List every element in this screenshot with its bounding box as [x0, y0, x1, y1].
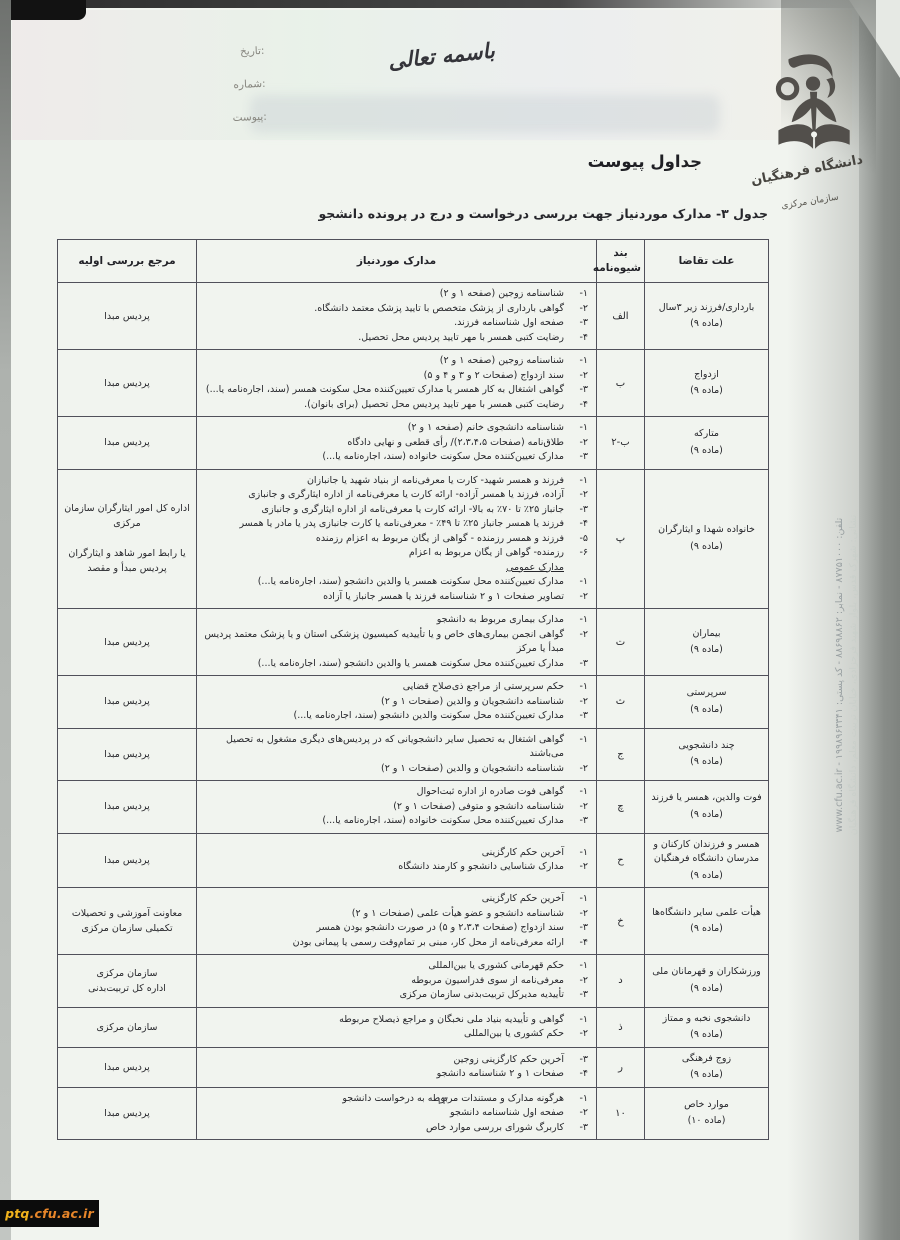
doc-item-number: ۴- [564, 936, 588, 951]
doc-item: ۲-گواهی انجمن بیماری‌های خاص و یا تأییدی… [201, 628, 588, 657]
doc-item-text: مدارک تعیین‌کننده محل سکونت همسر یا والد… [258, 658, 564, 669]
doc-item: ۲-شناسنامه دانشجویان و والدین (صفحات ۱ و… [201, 695, 588, 710]
doc-item-number: ۳- [564, 1053, 588, 1068]
doc-item-text: سند ازدواج (صفحات ۲ و ۳ و ۴ و ۵) [424, 370, 564, 381]
authority-cell: پردیس مبدا [58, 676, 197, 729]
clause-cell: ح [597, 833, 645, 888]
doc-item: ۳-سند ازدواج (صفحات ۲،۳،۴ و ۵) در صورت د… [201, 921, 588, 936]
reason-cell: سرپرستی(ماده ۹) [645, 676, 769, 729]
reason-article: (ماده ۹) [648, 755, 765, 770]
reason-text: متارکه [648, 427, 765, 442]
header-reason: علت تقاضا [645, 240, 769, 283]
reason-article: (ماده ۹) [648, 1028, 765, 1043]
doc-item-number: ۱- [564, 575, 588, 590]
reason-article: (ماده ۹) [648, 703, 765, 718]
doc-item: ۲-مدارک شناسایی دانشجو و کارمند دانشگاه [201, 860, 588, 875]
doc-item: ۲-معرفی‌نامه از سوی فدراسیون مربوطه [201, 974, 588, 989]
doc-item-number: ۱- [564, 785, 588, 800]
doc-item-text: شناسنامه دانشجویان و والدین (صفحات ۱ و ۲… [381, 696, 564, 707]
doc-item: ۲-شناسنامه دانشجو و متوفی (صفحات ۱ و ۲) [201, 800, 588, 815]
doc-item: ۱-گواهی و تأییدیه بنیاد ملی نخبگان و مرا… [201, 1013, 588, 1028]
clause-cell: ب-۲ [597, 417, 645, 470]
doc-item: ۲-حکم کشوری یا بین‌المللی [201, 1027, 588, 1042]
documents-cell: ۱-شناسنامه دانشجوی خانم (صفحه ۱ و ۲)۲-طل… [197, 417, 597, 470]
doc-item-number: ۲- [564, 695, 588, 710]
documents-cell: ۱-آخرین حکم کارگزینی۲-مدارک شناسایی دانش… [197, 833, 597, 888]
header-authority: مرجع بررسی اولیه [58, 240, 197, 283]
page-title: جداول پیوست [588, 152, 702, 171]
table-row: متارکه(ماده ۹)ب-۲۱-شناسنامه دانشجوی خانم… [58, 417, 769, 470]
doc-item-text: تأییدیه مدیرکل تربیت‌بدنی سازمان مرکزی [400, 989, 564, 1000]
table-row: موارد خاص(ماده ۱۰)۱۰۱-هرگونه مدارک و مست… [58, 1087, 769, 1140]
doc-item-number: ۳- [564, 921, 588, 936]
doc-item-text: مدارک شناسایی دانشجو و کارمند دانشگاه [398, 861, 564, 872]
reason-text: خانواده شهدا و ایثارگران [648, 523, 765, 538]
reason-article: (ماده ۹) [648, 317, 765, 332]
number-label: شماره: [199, 78, 266, 113]
doc-item-text: تصاویر صفحات ۱ و ۲ شناسنامه فرزند یا همس… [323, 591, 564, 602]
table-row: سرپرستی(ماده ۹)ث۱-حکم سرپرستی از مراجع ذ… [58, 676, 769, 729]
doc-item-text: گواهی بارداری از پزشک متخصص با تایید پزش… [314, 303, 564, 314]
doc-item-text: گواهی اشتغال به کار همسر یا مدارک تعیین‌… [206, 384, 564, 395]
table-row: خانواده شهدا و ایثارگران(ماده ۹)پ۱-فرزند… [58, 469, 769, 609]
doc-item-text: گواهی انجمن بیماری‌های خاص و یا تأییدیه … [204, 629, 564, 655]
doc-item-text: شناسنامه زوجین (صفحه ۱ و ۲) [440, 288, 564, 299]
doc-item-text: مدارک تعیین‌کننده محل سکونت خانواده (سند… [322, 451, 564, 462]
authority-cell: پردیس مبدا [58, 417, 197, 470]
authority-cell: اداره کل امور ایثارگران سازمان مرکزی یا … [58, 469, 197, 609]
authority-cell: پردیس مبدا [58, 781, 197, 834]
table-row: ازدواج(ماده ۹)ب۱-شناسنامه زوجین (صفحه ۱ … [58, 350, 769, 417]
doc-item-number: ۳- [564, 316, 588, 331]
doc-item-text: سند ازدواج (صفحات ۲،۳،۴ و ۵) در صورت دان… [316, 922, 564, 933]
doc-item: ۳-مدارک تعیین‌کننده محل سکونت همسر یا وا… [201, 657, 588, 672]
reason-text: بارداری/فرزند زیر ۳سال [648, 301, 765, 316]
reason-cell: متارکه(ماده ۹) [645, 417, 769, 470]
clause-cell: ب [597, 350, 645, 417]
doc-item-number: ۴- [564, 517, 588, 532]
doc-item-text: رضایت کتبی همسر با مهر تایید پردیس محل ت… [304, 399, 564, 410]
doc-item-text: آخرین حکم کارگزینی زوجین [454, 1054, 564, 1065]
scan-edge-top [0, 0, 862, 8]
reason-cell: چند دانشجویی(ماده ۹) [645, 728, 769, 781]
documents-cell: ۱-حکم سرپرستی از مراجع ذی‌صلاح قضایی۲-شن… [197, 676, 597, 729]
doc-item: ۱-آخرین حکم کارگزینی [201, 846, 588, 861]
table-row: بارداری/فرزند زیر ۳سال(ماده ۹)الف۱-شناسن… [58, 283, 769, 350]
doc-item: ۲-شناسنامه دانشجو و عضو هیأت علمی (صفحات… [201, 907, 588, 922]
table-row: بیماران(ماده ۹)ت۱-مدارک بیماری مربوط به … [58, 609, 769, 676]
clause-cell: ث [597, 676, 645, 729]
doc-item-number: ۲- [564, 590, 588, 605]
documents-cell: ۱-گواهی اشتغال به تحصیل سایر دانشجویانی … [197, 728, 597, 781]
doc-item-text: فرزند یا همسر جانباز ۲۵٪ تا ۴۹٪ - معرفی‌… [239, 518, 564, 529]
doc-item-number: ۳- [564, 657, 588, 672]
doc-item-text: هرگونه مدارک و مستندات مربوطه به درخواست… [342, 1093, 564, 1104]
reason-cell: زوج فرهنگی(ماده ۹) [645, 1047, 769, 1087]
clause-cell: چ [597, 781, 645, 834]
reason-article: (ماده ۹) [648, 922, 765, 937]
doc-item-number: ۶- [564, 546, 588, 561]
reason-article: (ماده ۹) [648, 444, 765, 459]
clause-cell: ۱۰ [597, 1087, 645, 1140]
reason-text: موارد خاص [648, 1098, 765, 1113]
doc-item: ۳-جانباز ۲۵٪ تا ۷۰٪ به بالا- ارائه کارت … [201, 503, 588, 518]
watermark-prefix: ptq [5, 1206, 29, 1221]
reason-cell: همسر و فرزندان کارکنان و مدرسان دانشگاه … [645, 833, 769, 888]
documents-cell: ۱-مدارک بیماری مربوط به دانشجو۲-گواهی ان… [197, 609, 597, 676]
documents-table: علت تقاضا بند شیوه‌نامه مدارک موردنیاز م… [57, 239, 769, 1140]
doc-item-number: ۳- [564, 503, 588, 518]
doc-item-text: حکم کشوری یا بین‌المللی [464, 1028, 564, 1039]
table-row: همسر و فرزندان کارکنان و مدرسان دانشگاه … [58, 833, 769, 888]
doc-item-number: ۱- [564, 892, 588, 907]
doc-item: ۱-گواهی اشتغال به تحصیل سایر دانشجویانی … [201, 733, 588, 762]
doc-item-number: ۱- [564, 354, 588, 369]
doc-item: ۱-شناسنامه زوجین (صفحه ۱ و ۲) [201, 354, 588, 369]
doc-item-text: صفحه اول شناسنامه فرزند. [454, 317, 564, 328]
reason-cell: دانشجوی نخبه و ممتاز(ماده ۹) [645, 1007, 769, 1047]
documents-cell: ۳-آخرین حکم کارگزینی زوجین۴-صفحات ۱ و ۲ … [197, 1047, 597, 1087]
table-header-row: علت تقاضا بند شیوه‌نامه مدارک موردنیاز م… [58, 240, 769, 283]
doc-item-text: گواهی اشتغال به تحصیل سایر دانشجویانی که… [226, 734, 564, 760]
doc-item: ۲-طلاق‌نامه (صفحات ۲،۳،۴،۵)/ رأی قطعی و … [201, 436, 588, 451]
doc-item-number: ۵- [564, 532, 588, 547]
authority-cell: سازمان مرکزی [58, 1007, 197, 1047]
authority-cell: پردیس مبدا [58, 1047, 197, 1087]
watermark: ptq.cfu.ac.ir [0, 1200, 99, 1227]
doc-item-number: ۲- [564, 369, 588, 384]
table-row: هیأت علمی سایر دانشگاه‌ها(ماده ۹)خ۱-آخری… [58, 888, 769, 955]
doc-item-text: رضایت کتبی همسر با مهر تایید پردیس محل ت… [358, 332, 564, 343]
clause-cell: ت [597, 609, 645, 676]
reason-article: (ماده ۹) [648, 643, 765, 658]
clause-cell: خ [597, 888, 645, 955]
doc-item: ۳-مدارک تعیین‌کننده محل سکونت خانواده (س… [201, 814, 588, 829]
reason-cell: هیأت علمی سایر دانشگاه‌ها(ماده ۹) [645, 888, 769, 955]
doc-item: ۳-آخرین حکم کارگزینی زوجین [201, 1053, 588, 1068]
authority-cell: معاونت آموزشی و تحصیلات تکمیلی سازمان مر… [58, 888, 197, 955]
doc-item: ۱-فرزند و همسر شهید- کارت یا معرفی‌نامه … [201, 474, 588, 489]
reason-article: (ماده ۹) [648, 982, 765, 997]
doc-item: ۱-مدارک بیماری مربوط به دانشجو [201, 613, 588, 628]
reason-cell: بارداری/فرزند زیر ۳سال(ماده ۹) [645, 283, 769, 350]
reason-text: همسر و فرزندان کارکنان و مدرسان دانشگاه … [648, 838, 765, 867]
doc-item-text: آخرین حکم کارگزینی [482, 893, 564, 904]
reason-cell: موارد خاص(ماده ۱۰) [645, 1087, 769, 1140]
doc-item-text: مدارک تعیین‌کننده محل سکونت خانواده (سند… [322, 815, 564, 826]
doc-item-number: ۲- [564, 302, 588, 317]
doc-item: ۲-صفحه اول شناسنامه دانشجو [201, 1106, 588, 1121]
doc-item-number: ۱- [564, 846, 588, 861]
doc-item-number: ۱- [564, 474, 588, 489]
doc-item: ۴-رضایت کتبی همسر با مهر تایید پردیس محل… [201, 398, 588, 413]
page-number: ۱۳ [436, 1094, 448, 1107]
clause-cell: د [597, 955, 645, 1008]
reason-text: زوج فرهنگی [648, 1052, 765, 1067]
doc-item: ۲-آزاده، فرزند یا همسر آزاده- ارائه کارت… [201, 488, 588, 503]
doc-item-text: شناسنامه زوجین (صفحه ۱ و ۲) [440, 355, 564, 366]
doc-item-text: گواهی و تأییدیه بنیاد ملی نخبگان و مراجع… [339, 1014, 564, 1025]
authority-cell: پردیس مبدا [58, 283, 197, 350]
university-logo-icon [770, 50, 852, 166]
doc-item-number: ۱- [564, 680, 588, 695]
doc-item-text: فرزند و همسر شهید- کارت یا معرفی‌نامه از… [307, 475, 564, 486]
documents-cell: ۱-شناسنامه زوجین (صفحه ۱ و ۲)۲-سند ازدوا… [197, 350, 597, 417]
doc-item-text: رزمنده- گواهی از یگان مربوط به اعزام [409, 547, 564, 558]
header-documents: مدارک موردنیاز [197, 240, 597, 283]
doc-item: ۳-صفحه اول شناسنامه فرزند. [201, 316, 588, 331]
reason-cell: خانواده شهدا و ایثارگران(ماده ۹) [645, 469, 769, 609]
doc-item-number: ۱- [564, 421, 588, 436]
doc-item-number: ۲- [564, 488, 588, 503]
doc-item-number: ۲- [564, 907, 588, 922]
doc-subheader: مدارک عمومی [201, 561, 588, 576]
doc-item: ۳-گواهی اشتغال به کار همسر یا مدارک تعیی… [201, 383, 588, 398]
watermark-suffix: .cfu.ac.ir [30, 1206, 94, 1221]
doc-item-number: ۲- [564, 628, 588, 643]
doc-item: ۲-سند ازدواج (صفحات ۲ و ۳ و ۴ و ۵) [201, 369, 588, 384]
reason-text: هیأت علمی سایر دانشگاه‌ها [648, 906, 765, 921]
doc-item: ۱-شناسنامه دانشجوی خانم (صفحه ۱ و ۲) [201, 421, 588, 436]
doc-item: ۴-ارائه معرفی‌نامه از محل کار، مبنی بر ت… [201, 936, 588, 951]
doc-item: ۵-فرزند و همسر رزمنده - گواهی از یگان مر… [201, 532, 588, 547]
doc-item-number: ۲- [564, 800, 588, 815]
authority-cell: پردیس مبدا [58, 1087, 197, 1140]
doc-item: ۱-شناسنامه زوجین (صفحه ۱ و ۲) [201, 287, 588, 302]
reason-article: (ماده ۹) [648, 1068, 765, 1083]
clause-cell: ذ [597, 1007, 645, 1047]
doc-item-text: گواهی فوت صادره از اداره ثبت‌احوال [417, 786, 564, 797]
doc-item-text: فرزند و همسر رزمنده - گواهی از یگان مربو… [316, 533, 564, 544]
authority-cell: پردیس مبدا [58, 350, 197, 417]
reason-text: ازدواج [648, 368, 765, 383]
documents-cell: ۱-هرگونه مدارک و مستندات مربوطه به درخوا… [197, 1087, 597, 1140]
doc-item: ۲-شناسنامه دانشجویان و والدین (صفحات ۱ و… [201, 762, 588, 777]
doc-item: ۱-حکم سرپرستی از مراجع ذی‌صلاح قضایی [201, 680, 588, 695]
doc-item: ۱-گواهی فوت صادره از اداره ثبت‌احوال [201, 785, 588, 800]
doc-item-text: آخرین حکم کارگزینی [482, 847, 564, 858]
documents-cell: ۱-شناسنامه زوجین (صفحه ۱ و ۲)۲-گواهی بار… [197, 283, 597, 350]
scan-edge-corner [0, 0, 86, 20]
doc-item-number: ۳- [564, 383, 588, 398]
doc-item-number: ۲- [564, 436, 588, 451]
doc-item-text: شناسنامه دانشجو و متوفی (صفحات ۱ و ۲) [393, 801, 564, 812]
reason-article: (ماده ۹) [648, 384, 765, 399]
doc-item-number: ۱- [564, 287, 588, 302]
authority-cell: سازمان مرکزی اداره کل تربیت‌بدنی [58, 955, 197, 1008]
reason-text: ورزشکاران و قهرمانان ملی [648, 965, 765, 980]
doc-item-number: ۱- [564, 959, 588, 974]
table-row: دانشجوی نخبه و ممتاز(ماده ۹)ذ۱-گواهی و ت… [58, 1007, 769, 1047]
reason-article: (ماده ۹) [648, 869, 765, 884]
doc-item: ۳-تأییدیه مدیرکل تربیت‌بدنی سازمان مرکزی [201, 988, 588, 1003]
table-row: زوج فرهنگی(ماده ۹)ر۳-آخرین حکم کارگزینی … [58, 1047, 769, 1087]
doc-item-number: ۱- [564, 1092, 588, 1107]
doc-item: ۴-صفحات ۱ و ۲ شناسنامه دانشجو [201, 1067, 588, 1082]
authority-cell: پردیس مبدا [58, 609, 197, 676]
reason-text: سرپرستی [648, 686, 765, 701]
doc-item-text: حکم قهرمانی کشوری یا بین‌المللی [428, 960, 564, 971]
attachment-label: پیوست: [201, 111, 268, 146]
reason-cell: بیماران(ماده ۹) [645, 609, 769, 676]
reason-cell: ازدواج(ماده ۹) [645, 350, 769, 417]
documents-cell: ۱-فرزند و همسر شهید- کارت یا معرفی‌نامه … [197, 469, 597, 609]
doc-item-number: ۴- [564, 331, 588, 346]
documents-cell: ۱-حکم قهرمانی کشوری یا بین‌المللی۲-معرفی… [197, 955, 597, 1008]
doc-item-number: ۴- [564, 1067, 588, 1082]
table-row: ورزشکاران و قهرمانان ملی(ماده ۹)د۱-حکم ق… [58, 955, 769, 1008]
documents-cell: ۱-گواهی فوت صادره از اداره ثبت‌احوال۲-شن… [197, 781, 597, 834]
doc-item-text: مدارک تعیین‌کننده محل سکونت والدین دانشج… [294, 710, 564, 721]
doc-item: ۱-حکم قهرمانی کشوری یا بین‌المللی [201, 959, 588, 974]
scanned-page: تاریخ: شماره: پیوست: باسمه تعالی دانشگاه… [0, 0, 900, 1240]
doc-item: ۱-آخرین حکم کارگزینی [201, 892, 588, 907]
reason-cell: ورزشکاران و قهرمانان ملی(ماده ۹) [645, 955, 769, 1008]
doc-item-number: ۲- [564, 860, 588, 875]
doc-item: ۲-گواهی بارداری از پزشک متخصص با تایید پ… [201, 302, 588, 317]
doc-item-text: شناسنامه دانشجویان و والدین (صفحات ۱ و ۲… [381, 763, 564, 774]
table-title: جدول ۳- مدارک موردنیاز جهت بررسی درخواست… [318, 206, 768, 221]
contact-address: نشانی: شهرک قدس، بلوار شهید فرحزادی، خیا… [847, 395, 861, 955]
doc-item-number: ۳- [564, 450, 588, 465]
reason-text: چند دانشجویی [648, 739, 765, 754]
doc-item-text: کاربرگ شورای بررسی موارد خاص [426, 1122, 564, 1133]
clause-cell: ر [597, 1047, 645, 1087]
doc-item-number: ۲- [564, 1106, 588, 1121]
doc-item-text: مدارک بیماری مربوط به دانشجو [437, 614, 564, 625]
reason-text: فوت والدین، همسر یا فرزند [648, 791, 765, 806]
contact-phone: تلفن: ۸۷۷۵۱۰۰۰ - نمابر: ۸۸۶۹۸۸۶۲ - کد پس… [833, 395, 847, 955]
doc-item-number: ۱- [564, 1013, 588, 1028]
doc-item-text: ارائه معرفی‌نامه از محل کار، مبنی بر تما… [293, 937, 564, 948]
authority-cell: پردیس مبدا [58, 728, 197, 781]
doc-item: ۱-مدارک تعیین‌کننده محل سکونت همسر یا وا… [201, 575, 588, 590]
reason-article: (ماده ۹) [648, 540, 765, 555]
doc-item-number: ۲- [564, 762, 588, 777]
doc-item: ۶-رزمنده- گواهی از یگان مربوط به اعزام [201, 546, 588, 561]
reason-text: دانشجوی نخبه و ممتاز [648, 1012, 765, 1027]
reason-article: (ماده ۹) [648, 808, 765, 823]
reason-cell: فوت والدین، همسر یا فرزند(ماده ۹) [645, 781, 769, 834]
doc-item-text: شناسنامه دانشجوی خانم (صفحه ۱ و ۲) [408, 422, 564, 433]
doc-item-number: ۱- [564, 733, 588, 748]
doc-item-number: ۲- [564, 1027, 588, 1042]
doc-item: ۴-فرزند یا همسر جانباز ۲۵٪ تا ۴۹٪ - معرف… [201, 517, 588, 532]
doc-item-text: صفحات ۱ و ۲ شناسنامه دانشجو [437, 1068, 564, 1079]
doc-item-number: ۳- [564, 814, 588, 829]
doc-item-number: ۳- [564, 709, 588, 724]
clause-cell: الف [597, 283, 645, 350]
documents-cell: ۱-گواهی و تأییدیه بنیاد ملی نخبگان و مرا… [197, 1007, 597, 1047]
doc-item-text: طلاق‌نامه (صفحات ۲،۳،۴،۵)/ رأی قطعی و نه… [347, 437, 564, 448]
doc-item-text: شناسنامه دانشجو و عضو هیأت علمی (صفحات ۱… [352, 908, 564, 919]
doc-item: ۳-مدارک تعیین‌کننده محل سکونت خانواده (س… [201, 450, 588, 465]
doc-item-text: جانباز ۲۵٪ تا ۷۰٪ به بالا- ارائه کارت یا… [262, 504, 564, 515]
reason-article: (ماده ۱۰) [648, 1114, 765, 1129]
doc-item: ۳-کاربرگ شورای بررسی موارد خاص [201, 1121, 588, 1136]
doc-item-text: معرفی‌نامه از سوی فدراسیون مربوطه [411, 975, 564, 986]
doc-item: ۲-تصاویر صفحات ۱ و ۲ شناسنامه فرزند یا ه… [201, 590, 588, 605]
doc-item-text: آزاده، فرزند یا همسر آزاده- ارائه کارت ی… [248, 489, 564, 500]
table-row: فوت والدین، همسر یا فرزند(ماده ۹)چ۱-گواه… [58, 781, 769, 834]
documents-cell: ۱-آخرین حکم کارگزینی۲-شناسنامه دانشجو و … [197, 888, 597, 955]
doc-item-number: ۲- [564, 974, 588, 989]
doc-item-number: ۳- [564, 988, 588, 1003]
authority-cell: پردیس مبدا [58, 833, 197, 888]
doc-item: ۱-هرگونه مدارک و مستندات مربوطه به درخوا… [201, 1092, 588, 1107]
doc-item-number: ۳- [564, 1121, 588, 1136]
clause-cell: پ [597, 469, 645, 609]
doc-item: ۳-مدارک تعیین‌کننده محل سکونت والدین دان… [201, 709, 588, 724]
table-body: بارداری/فرزند زیر ۳سال(ماده ۹)الف۱-شناسن… [58, 283, 769, 1140]
scan-smudge [250, 95, 720, 133]
contact-info: تلفن: ۸۷۷۵۱۰۰۰ - نمابر: ۸۸۶۹۸۸۶۲ - کد پس… [833, 395, 861, 955]
header-clause: بند شیوه‌نامه [597, 240, 645, 283]
reason-text: بیماران [648, 627, 765, 642]
reference-labels: تاریخ: شماره: پیوست: [198, 45, 267, 146]
doc-item-text: حکم سرپرستی از مراجع ذی‌صلاح قضایی [403, 681, 564, 692]
table-row: چند دانشجویی(ماده ۹)ج۱-گواهی اشتغال به ت… [58, 728, 769, 781]
scan-edge-left [0, 0, 11, 1240]
clause-cell: ج [597, 728, 645, 781]
date-label: تاریخ: [198, 45, 265, 80]
doc-item-text: مدارک تعیین‌کننده محل سکونت همسر یا والد… [258, 576, 564, 587]
doc-item-number: ۱- [564, 613, 588, 628]
doc-item-text: صفحه اول شناسنامه دانشجو [450, 1107, 564, 1118]
doc-item-number: ۴- [564, 398, 588, 413]
doc-item: ۴-رضایت کتبی همسر با مهر تایید پردیس محل… [201, 331, 588, 346]
